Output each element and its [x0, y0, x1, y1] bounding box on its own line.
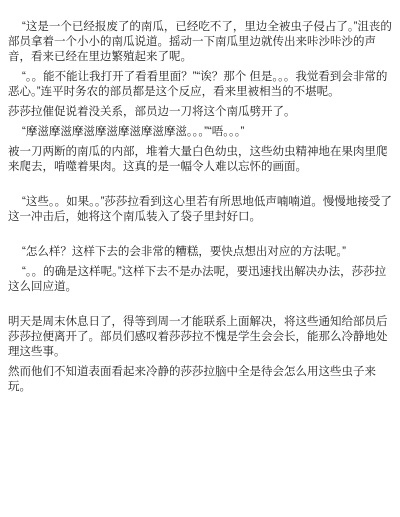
paragraph: “这是一个已经报废了的南瓜，已经吃不了，里边全被虫子侵占了。”沮丧的部员拿着一个…	[8, 20, 392, 65]
paragraph: “摩滋摩滋摩滋摩滋摩滋摩滋摩滋。。。”“唔。。。”	[8, 125, 392, 140]
paragraph: 被一刀两断的南瓜的内部，堆着大量白色幼虫，这些幼虫精神地在果肉里爬来爬去，啃噬着…	[8, 145, 392, 175]
paragraph: “怎么样？这样下去的会非常的糟糕，要快点想出对应的方法呢。”	[8, 245, 392, 260]
paragraph-list: “这是一个已经报废了的南瓜，已经吃不了，里边全被虫子侵占了。”沮丧的部员拿着一个…	[8, 20, 392, 395]
paragraph: 然而他们不知道表面看起来冷静的莎莎拉脑中全是待会怎么用这些虫子来玩。	[8, 365, 392, 395]
paragraph: “这些。。如果。。”莎莎拉看到这心里若有所思地低声喃喃道。慢慢地接受了这一冲击后…	[8, 195, 392, 225]
paragraph: 莎莎拉催促说着没关系，部员边一刀将这个南瓜劈开了。	[8, 105, 392, 120]
novel-page: “这是一个已经报废了的南瓜，已经吃不了，里边全被虫子侵占了。”沮丧的部员拿着一个…	[0, 0, 400, 517]
paragraph: 明天是周末休息日了，得等到周一才能联系上面解决，将这些通知给部员后莎莎拉便离开了…	[8, 315, 392, 360]
paragraph: “。。能不能让我打开了看看里面？”“诶？那个 但是。。。我觉看到会非常的恶心。”…	[8, 70, 392, 100]
paragraph: “。。的确是这样呢。”这样下去不是办法呢，要迅速找出解决办法，莎莎拉这么回应道。	[8, 265, 392, 295]
